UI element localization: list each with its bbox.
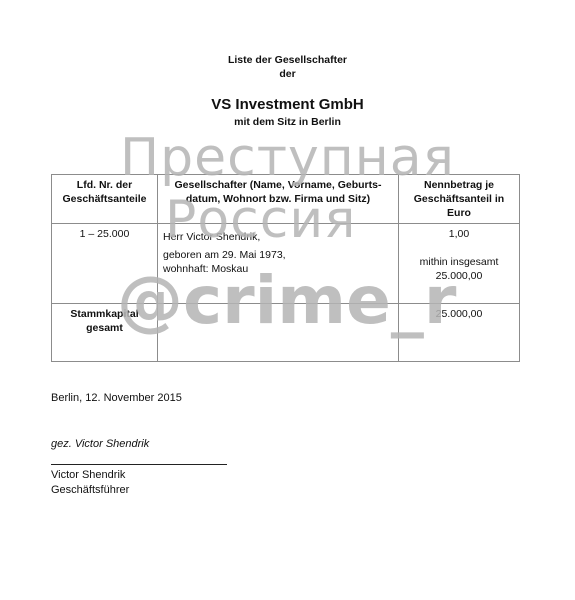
col-header-shareholder: Gesellschafter (Name, Vorname, Geburts-d… <box>158 175 399 224</box>
document-heading: Liste der Gesellschafter <box>0 54 575 66</box>
shareholder-table: Lfd. Nr. der Geschäftsanteile Gesellscha… <box>51 174 520 362</box>
shareholder-cell: Herr Victor Shendrik, geboren am 29. Mai… <box>158 224 399 304</box>
signature-line <box>51 464 227 465</box>
shareholder-name: Herr Victor Shendrik, <box>163 230 394 244</box>
share-number: 1 – 25.000 <box>52 224 158 304</box>
total-row: Stammkapital gesamt 25.000,00 <box>52 304 520 362</box>
document-heading-der: der <box>0 68 575 80</box>
nominal-amount: 1,00 <box>403 227 515 241</box>
amount-note: mithin insgesamt <box>403 255 515 269</box>
col-header-amount: Nennbetrag je Geschäftsanteil in Euro <box>399 175 520 224</box>
amount-total: 25.000,00 <box>403 269 515 283</box>
company-name: VS Investment GmbH <box>0 96 575 113</box>
signatory-role: Geschäftsführer <box>51 484 129 496</box>
shareholder-residence: wohnhaft: Moskau <box>163 262 394 276</box>
total-label: Stammkapital gesamt <box>52 304 158 362</box>
signature: gez. Victor Shendrik <box>51 438 149 450</box>
place-date: Berlin, 12. November 2015 <box>51 392 182 404</box>
col-header-number: Lfd. Nr. der Geschäftsanteile <box>52 175 158 224</box>
company-seat: mit dem Sitz in Berlin <box>0 116 575 128</box>
table-header-row: Lfd. Nr. der Geschäftsanteile Gesellscha… <box>52 175 520 224</box>
shareholder-birth: geboren am 29. Mai 1973, <box>163 248 394 262</box>
table-row: 1 – 25.000 Herr Victor Shendrik, geboren… <box>52 224 520 304</box>
total-value: 25.000,00 <box>399 304 520 362</box>
signatory-name: Victor Shendrik <box>51 469 125 481</box>
total-empty-cell <box>158 304 399 362</box>
amount-cell: 1,00 mithin insgesamt 25.000,00 <box>399 224 520 304</box>
